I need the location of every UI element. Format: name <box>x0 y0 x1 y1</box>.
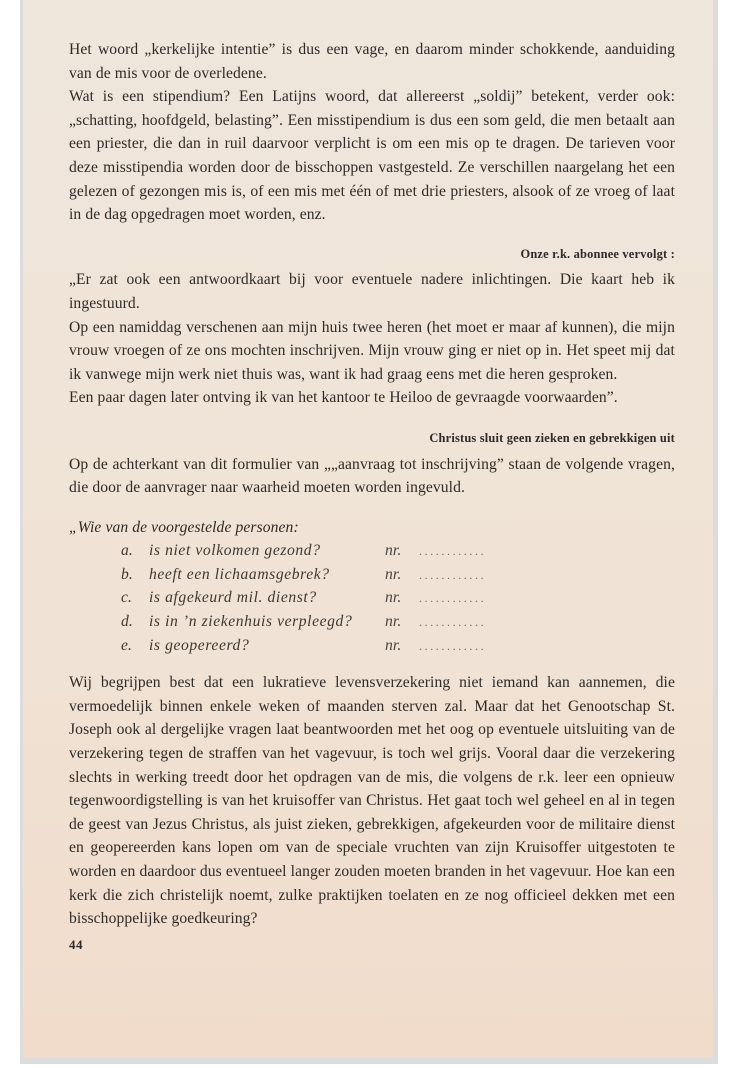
section-heading-abonnee: Onze r.k. abonnee vervolgt : <box>69 243 675 267</box>
item-fill-line: ............ <box>419 587 486 611</box>
questionnaire-list: a. is niet volkomen gezond? nr. ........… <box>69 539 675 657</box>
questionnaire-item: a. is niet volkomen gezond? nr. ........… <box>69 539 675 563</box>
questionnaire-item: e. is geopereerd? nr. ............ <box>69 634 675 658</box>
item-letter: a. <box>121 539 149 563</box>
questionnaire-item: c. is afgekeurd mil. dienst? nr. .......… <box>69 586 675 610</box>
item-letter: b. <box>121 563 149 587</box>
paragraph-kerkelijke-intentie: Het woord „kerkelijke intentie” is dus e… <box>69 38 675 85</box>
questionnaire-item: d. is in ’n ziekenhuis verpleegd? nr. ..… <box>69 610 675 634</box>
page-content: Het woord „kerkelijke intentie” is dus e… <box>69 38 675 956</box>
item-fill-line: ............ <box>419 611 486 635</box>
item-question: is afgekeurd mil. dienst? <box>149 586 385 610</box>
paragraph-antwoordkaart: „Er zat ook een antwoordkaart bij voor e… <box>69 268 675 315</box>
item-nr-label: nr. <box>385 610 419 634</box>
item-nr-label: nr. <box>385 563 419 587</box>
paragraph-stipendium: Wat is een stipendium? Een Latijns woord… <box>69 85 675 227</box>
item-nr-label: nr. <box>385 539 419 563</box>
questionnaire-intro: „Wie van de voorgestelde personen: <box>69 516 675 540</box>
page-number: 44 <box>69 933 675 957</box>
item-nr-label: nr. <box>385 586 419 610</box>
item-fill-line: ............ <box>419 540 486 564</box>
item-fill-line: ............ <box>419 635 486 659</box>
item-nr-label: nr. <box>385 634 419 658</box>
paragraph-levensverzekering: Wij begrijpen best dat een lukratieve le… <box>69 671 675 931</box>
paragraph-formulier: Op de achterkant van dit formulier van „… <box>69 453 675 500</box>
book-page: Het woord „kerkelijke intentie” is dus e… <box>23 0 713 1058</box>
item-letter: e. <box>121 634 149 658</box>
section-heading-christus: Christus sluit geen zieken en gebrekkige… <box>69 427 675 451</box>
questionnaire-item: b. heeft een lichaamsgebrek? nr. .......… <box>69 563 675 587</box>
item-letter: d. <box>121 610 149 634</box>
paragraph-voorwaarden: Een paar dagen later ontving ik van het … <box>69 386 675 410</box>
item-letter: c. <box>121 586 149 610</box>
item-question: is niet volkomen gezond? <box>149 539 385 563</box>
item-question: is in ’n ziekenhuis verpleegd? <box>149 610 385 634</box>
item-question: is geopereerd? <box>149 634 385 658</box>
paragraph-namiddag: Op een namiddag verschenen aan mijn huis… <box>69 316 675 387</box>
item-fill-line: ............ <box>419 564 486 588</box>
item-question: heeft een lichaamsgebrek? <box>149 563 385 587</box>
